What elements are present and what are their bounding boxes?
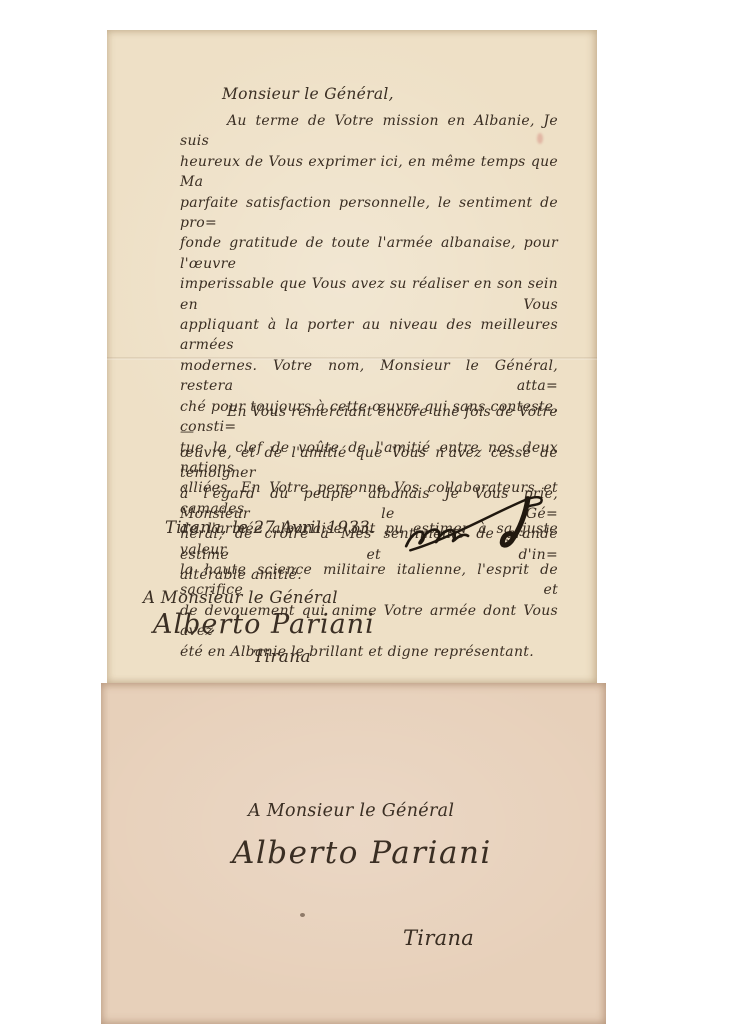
letter-dateline: Tirana, le 27 Avril 1933. [165,518,375,537]
letter-line: En Vous remerciant encore une fois de Vo… [180,402,558,443]
letter-line: imperissable que Vous avez su réaliser e… [180,274,558,315]
letter-address-recipient-name: Alberto Pariani [153,609,375,640]
letter-line: modernes. Votre nom, Monsieur le Général… [180,356,558,397]
envelope: A Monsieur le Général Alberto Pariani Ti… [101,683,606,1024]
letter-line: appliquant à la porter au niveau des mei… [180,315,558,356]
paper-speck [300,913,305,917]
letter-line: altérable amitié. [180,565,558,585]
letter-salutation: Monsieur le Général, [222,85,394,103]
letter-address-city: Tirana [253,647,311,667]
letter-line: Au terme de Votre mission en Albanie, Je… [180,111,558,152]
scanned-document-page: { "colors":{ "page_background":"#ffffff"… [0,0,741,1024]
letter-sheet: Monsieur le Général, Au terme de Votre m… [107,30,597,683]
envelope-city: Tirana [403,926,474,950]
letter-address-recipient-title: A Monsieur le Général [143,588,338,607]
envelope-recipient-title: A Monsieur le Général [248,801,454,821]
signature-flourish-icon [400,486,565,564]
letter-line: fonde gratitude de toute l'armée albanai… [180,233,558,274]
letter-line: parfaite satisfaction personnelle, le se… [180,193,558,234]
letter-line: été en Albanie le brillant et digne repr… [180,642,558,662]
letter-line: heureux de Vous exprimer ici, en même te… [180,152,558,193]
letter-line: œuvre, et de l'amitié que Vous n'avez ce… [180,443,558,484]
envelope-recipient-name: Alberto Pariani [232,835,492,871]
